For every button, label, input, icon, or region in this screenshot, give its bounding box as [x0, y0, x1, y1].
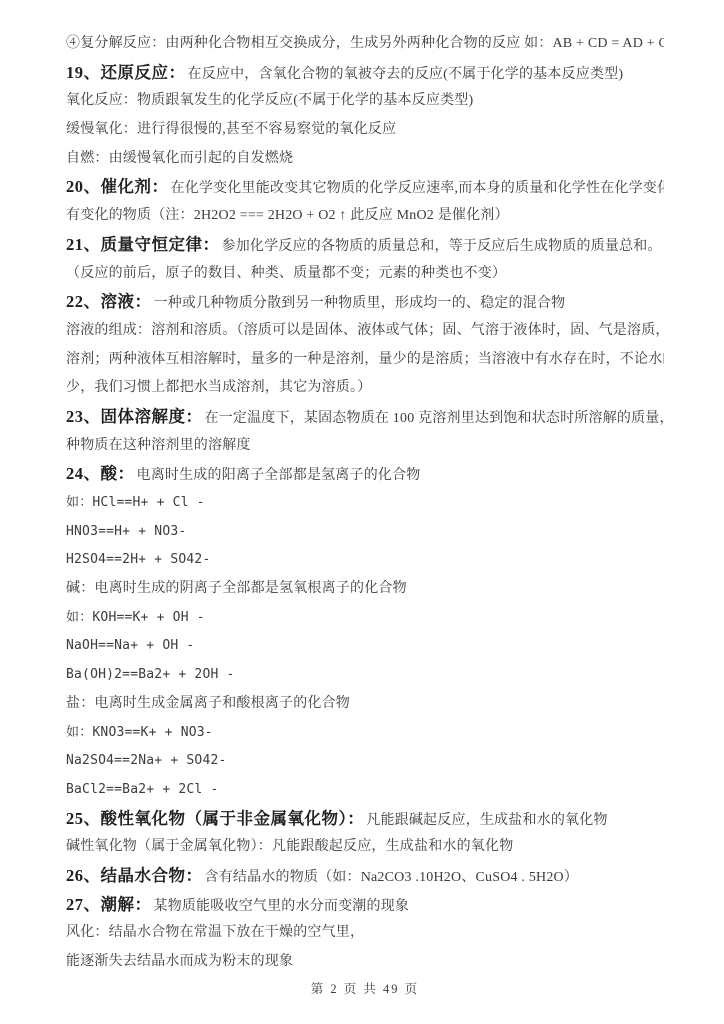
term-label: 26、结晶水合物： [66, 866, 203, 885]
line-text: Na2SO4==2Na+ + SO42- [66, 753, 227, 768]
line-text: 某物质能吸收空气里的水分而变潮的现象 [154, 899, 410, 914]
term-label: 23、固体溶解度： [66, 407, 203, 426]
text-line: Na2SO4==2Na+ + SO42- [66, 747, 664, 776]
line-text: 一种或几种物质分散到另一种物质里，形成均一的、稳定的混合物 [154, 296, 566, 311]
line-text: 参加化学反应的各物质的质量总和，等于反应后生成物质的质量总和。 [222, 239, 662, 254]
term-label: 27、潮解： [66, 895, 152, 914]
line-text: 碱性氧化物（属于金属氧化物）：凡能跟酸起反应，生成盐和水的氧化物 [66, 839, 513, 854]
line-text: （反应的前后，原子的数目、种类、质量都不变；元素的种类也不变） [66, 266, 506, 281]
line-text: 如：KNO3==K+ + NO3- [66, 725, 213, 740]
text-line: BaCl2==Ba2+ + 2Cl - [66, 776, 664, 805]
definition-line: 25、酸性氧化物（属于非金属氧化物）：凡能跟碱起反应，生成盐和水的氧化物 [66, 805, 664, 834]
line-text: 在反应中，含氧化合物的氧被夺去的反应(不属于化学的基本反应类型) [188, 67, 624, 82]
text-line: NaOH==Na+ + OH - [66, 632, 664, 661]
text-line: Ba(OH)2==Ba2+ + 2OH - [66, 661, 664, 690]
text-line: 如：HCl==H+ + Cl - [66, 489, 664, 518]
page-footer: 第 2 页 共 49 页 [66, 979, 664, 997]
text-line: 如：KNO3==K+ + NO3- [66, 719, 664, 748]
text-line: HNO3==H+ + NO3- [66, 518, 664, 547]
line-text: Ba(OH)2==Ba2+ + 2OH - [66, 667, 235, 682]
definition-line: 27、潮解：某物质能吸收空气里的水分而变潮的现象 [66, 891, 664, 920]
term-label: 21、质量守恒定律： [66, 235, 220, 254]
line-text: 氧化反应：物质跟氧发生的化学反应(不属于化学的基本反应类型) [66, 93, 473, 108]
definition-line: 26、结晶水合物：含有结晶水的物质（如：Na2CO3 .10H2O、CuSO4 … [66, 862, 664, 891]
text-line: 种物质在这种溶剂里的溶解度 [66, 432, 664, 461]
term-label: 25、酸性氧化物（属于非金属氧化物）： [66, 809, 364, 828]
line-text: 含有结晶水的物质（如：Na2CO3 .10H2O、CuSO4 . 5H2O） [205, 870, 579, 885]
line-text: 溶剂；两种液体互相溶解时，量多的一种是溶剂，量少的是溶质；当溶液中有水存在时，不… [66, 352, 664, 367]
text-line: （反应的前后，原子的数目、种类、质量都不变；元素的种类也不变） [66, 260, 664, 289]
term-label: 24、酸： [66, 464, 135, 483]
text-line: 氧化反应：物质跟氧发生的化学反应(不属于化学的基本反应类型) [66, 87, 664, 116]
line-text: 溶液的组成：溶剂和溶质。（溶质可以是固体、液体或气体；固、气溶于液体时，固、气是… [66, 323, 664, 338]
text-line: 少，我们习惯上都把水当成溶剂，其它为溶质。） [66, 374, 664, 403]
line-text: HNO3==H+ + NO3- [66, 524, 186, 539]
text-line: 自燃：由缓慢氧化而引起的自发燃烧 [66, 145, 664, 174]
definition-line: 21、质量守恒定律：参加化学反应的各物质的质量总和，等于反应后生成物质的质量总和… [66, 231, 664, 260]
document-page: ④复分解反应：由两种化合物相互交换成分，生成另外两种化合物的反应 如：AB + … [0, 0, 724, 1024]
line-text: 缓慢氧化：进行得很慢的,甚至不容易察觉的氧化反应 [66, 122, 396, 137]
line-text: 凡能跟碱起反应，生成盐和水的氧化物 [366, 813, 607, 828]
text-line: 碱性氧化物（属于金属氧化物）：凡能跟酸起反应，生成盐和水的氧化物 [66, 833, 664, 862]
line-text: 碱：电离时生成的阴离子全部都是氢氧根离子的化合物 [66, 581, 407, 596]
text-line: 风化：结晶水合物在常温下放在干燥的空气里， [66, 919, 664, 948]
definition-line: 22、溶液：一种或几种物质分散到另一种物质里，形成均一的、稳定的混合物 [66, 288, 664, 317]
line-text: ④复分解反应：由两种化合物相互交换成分，生成另外两种化合物的反应 如：AB + … [66, 36, 664, 51]
line-text: BaCl2==Ba2+ + 2Cl - [66, 782, 219, 797]
text-line: 能逐渐失去结晶水而成为粉末的现象 [66, 948, 664, 977]
line-text: H2SO4==2H+ + SO42- [66, 552, 210, 567]
definition-line: 24、酸：电离时生成的阳离子全部都是氢离子的化合物 [66, 460, 664, 489]
line-text: 风化：结晶水合物在常温下放在干燥的空气里， [66, 925, 364, 940]
text-line: 溶液的组成：溶剂和溶质。（溶质可以是固体、液体或气体；固、气溶于液体时，固、气是… [66, 317, 664, 346]
text-line: 碱：电离时生成的阴离子全部都是氢氧根离子的化合物 [66, 575, 664, 604]
line-text: 种物质在这种溶剂里的溶解度 [66, 438, 251, 453]
line-text: 在化学变化里能改变其它物质的化学反应速率,而本身的质量和化学性在化学变化前后都没 [171, 181, 665, 196]
line-text: 少，我们习惯上都把水当成溶剂，其它为溶质。） [66, 380, 371, 395]
text-line: 缓慢氧化：进行得很慢的,甚至不容易察觉的氧化反应 [66, 116, 664, 145]
text-line: 有变化的物质（注：2H2O2 === 2H2O + O2 ↑ 此反应 MnO2 … [66, 202, 664, 231]
definition-line: 19、还原反应：在反应中，含氧化合物的氧被夺去的反应(不属于化学的基本反应类型) [66, 59, 664, 88]
line-text: 如：HCl==H+ + Cl - [66, 495, 205, 510]
definition-line: 20、催化剂：在化学变化里能改变其它物质的化学反应速率,而本身的质量和化学性在化… [66, 173, 664, 202]
text-line: 盐：电离时生成金属离子和酸根离子的化合物 [66, 690, 664, 719]
line-text: 有变化的物质（注：2H2O2 === 2H2O + O2 ↑ 此反应 MnO2 … [66, 208, 509, 223]
text-line: ④复分解反应：由两种化合物相互交换成分，生成另外两种化合物的反应 如：AB + … [66, 30, 664, 59]
line-text: 如：KOH==K+ + OH - [66, 610, 205, 625]
line-text: 盐：电离时生成金属离子和酸根离子的化合物 [66, 696, 350, 711]
line-text: 自燃：由缓慢氧化而引起的自发燃烧 [66, 151, 293, 166]
definition-line: 23、固体溶解度：在一定温度下，某固态物质在 100 克溶剂里达到饱和状态时所溶… [66, 403, 664, 432]
line-text: 电离时生成的阳离子全部都是氢离子的化合物 [137, 468, 421, 483]
document-body: ④复分解反应：由两种化合物相互交换成分，生成另外两种化合物的反应 如：AB + … [66, 30, 664, 977]
text-line: 溶剂；两种液体互相溶解时，量多的一种是溶剂，量少的是溶质；当溶液中有水存在时，不… [66, 346, 664, 375]
line-text: 在一定温度下，某固态物质在 100 克溶剂里达到饱和状态时所溶解的质量，就叫做这 [205, 411, 665, 426]
term-label: 20、催化剂： [66, 177, 169, 196]
text-line: 如：KOH==K+ + OH - [66, 604, 664, 633]
line-text: 能逐渐失去结晶水而成为粉末的现象 [66, 954, 293, 969]
text-line: H2SO4==2H+ + SO42- [66, 546, 664, 575]
term-label: 19、还原反应： [66, 63, 186, 82]
line-text: NaOH==Na+ + OH - [66, 638, 194, 653]
term-label: 22、溶液： [66, 292, 152, 311]
